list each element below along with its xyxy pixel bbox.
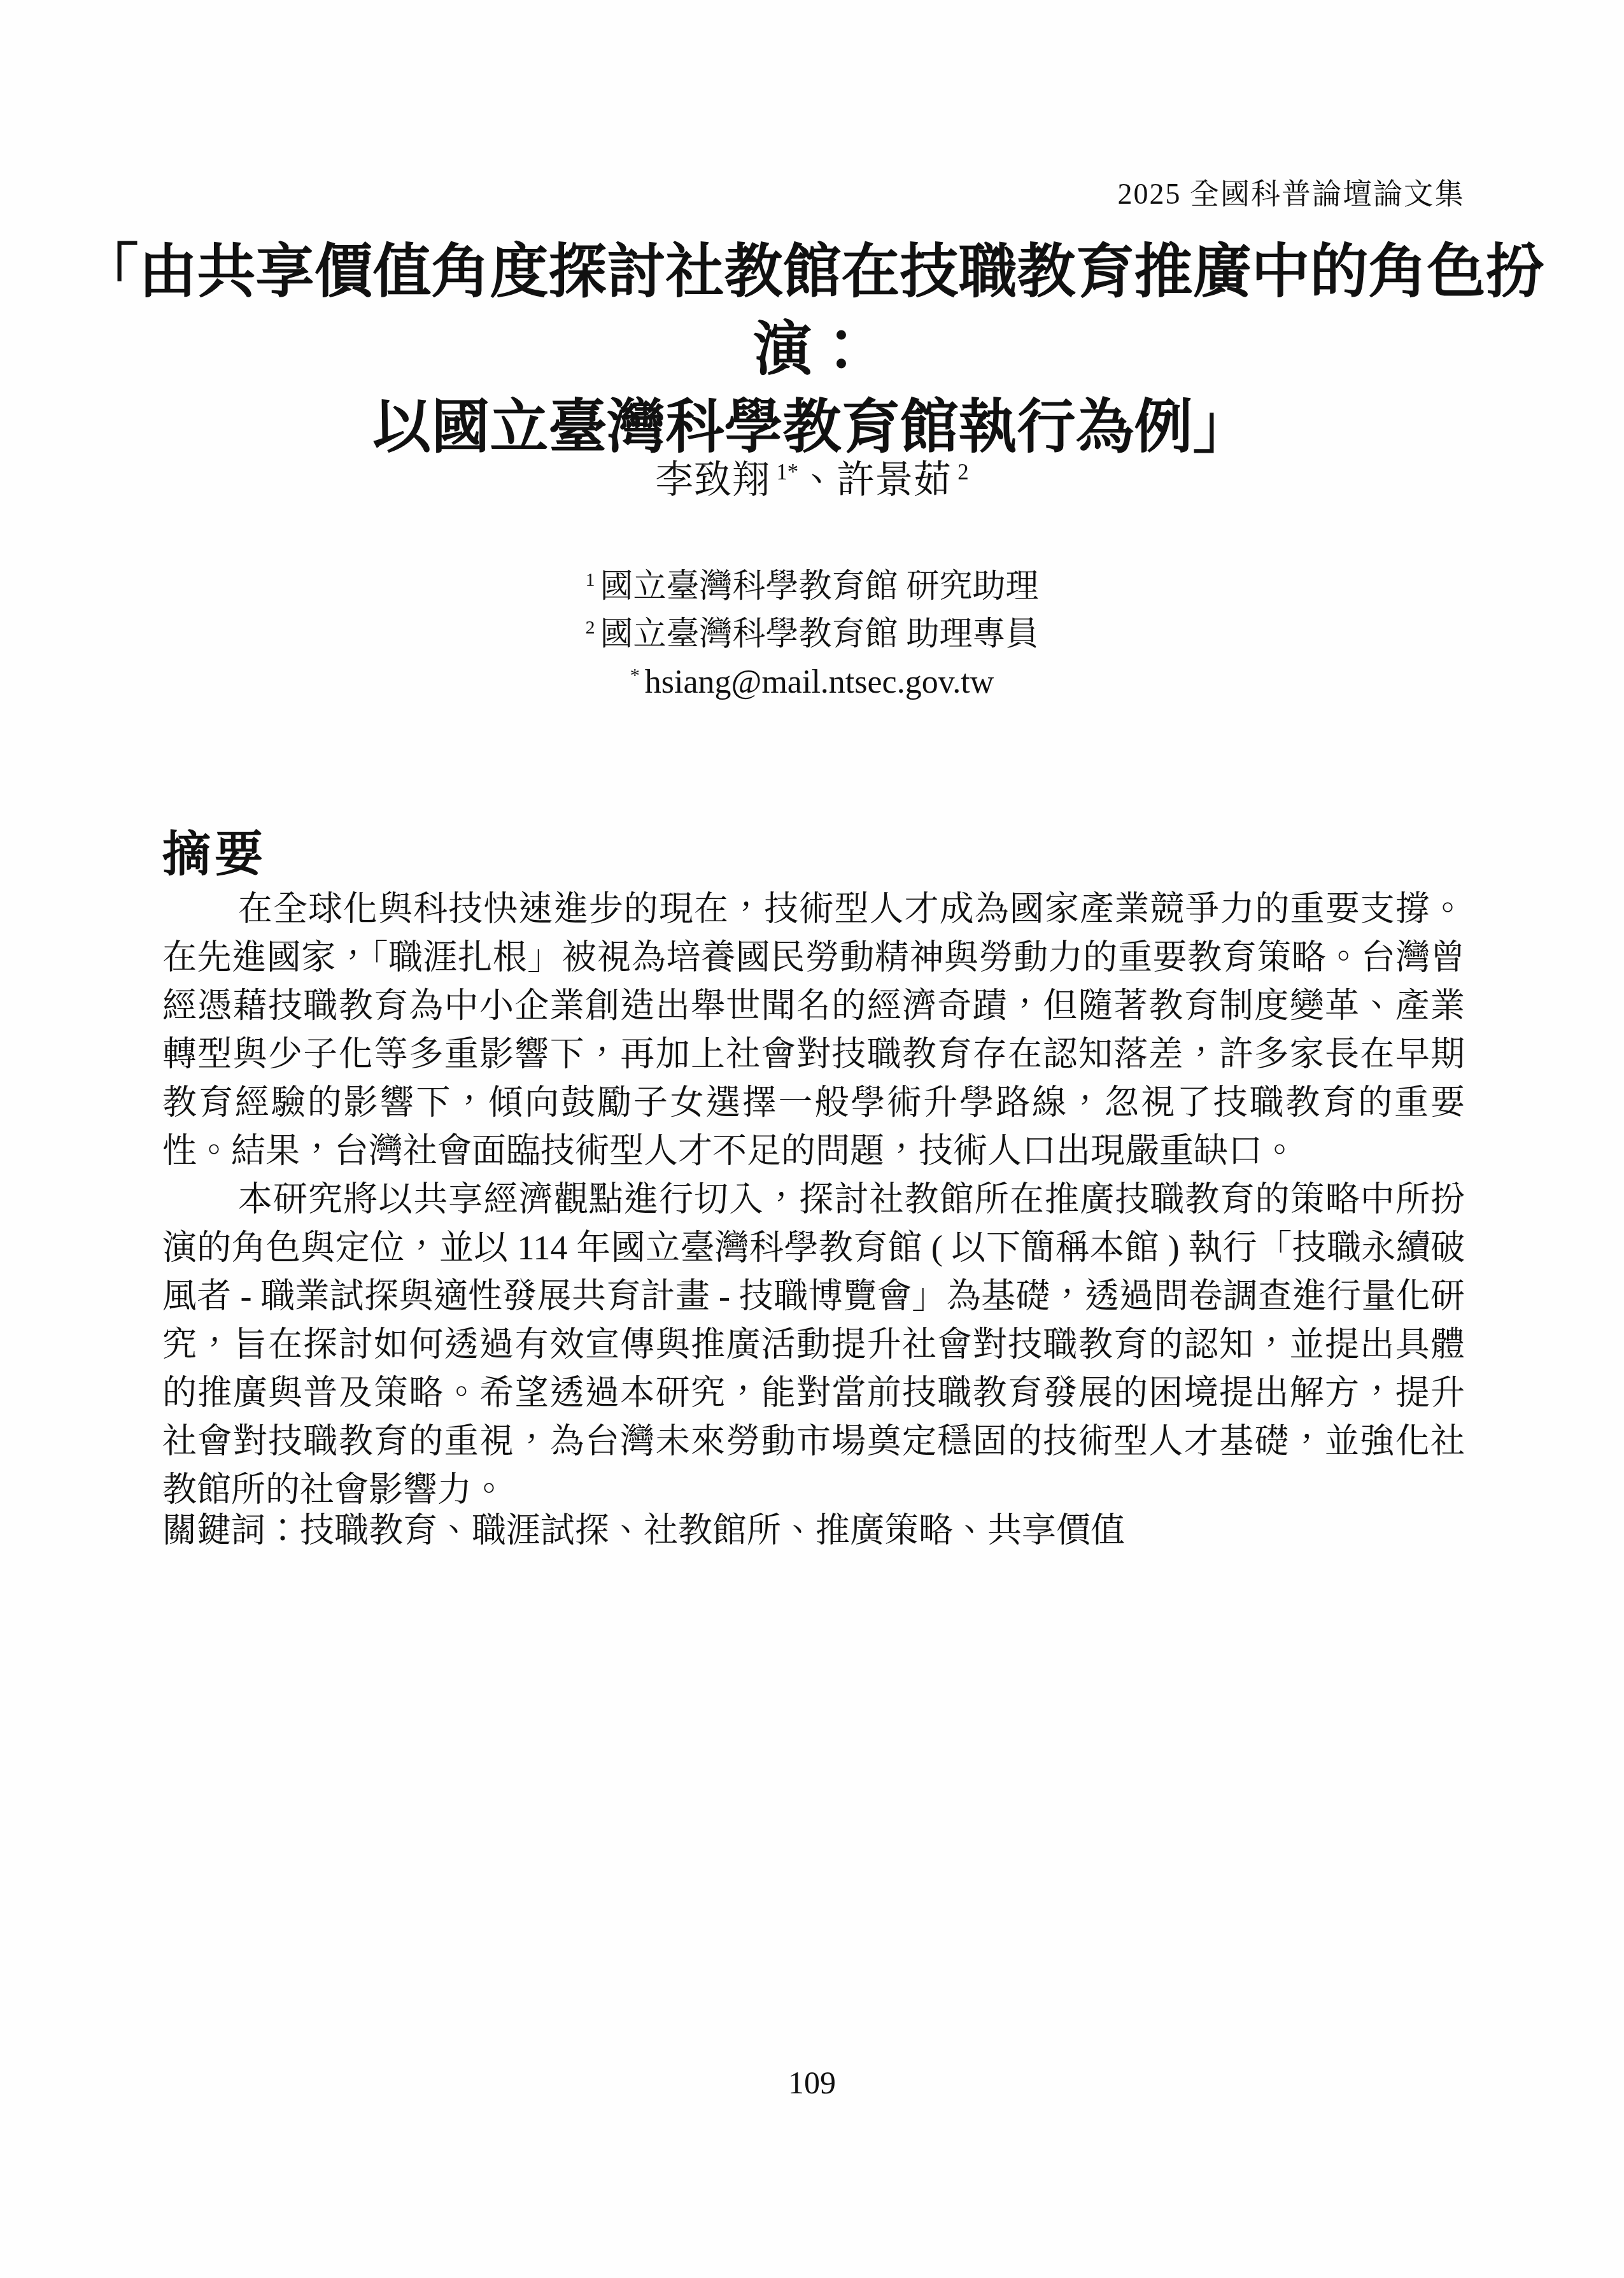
- affiliation-superscript: 1: [585, 569, 595, 590]
- abstract-heading: 摘要: [162, 816, 267, 885]
- keywords-line: 關鍵詞：技職教育、職涯試探、社教館所、推廣策略、共享價值: [162, 1506, 1465, 1555]
- author-line: 李致翔1*、許景茹2: [0, 449, 1624, 504]
- page-number: 109: [0, 2064, 1624, 2101]
- affiliation-text: 國立臺灣科學教育館 研究助理: [600, 569, 1039, 605]
- paper-page: 2025 全國科普論壇論文集 「由共享價值角度探討社教館在技職教育推廣中的角色扮…: [0, 0, 1624, 2278]
- paper-title-line1: 「由共享價值角度探討社教館在技職教育推廣中的角色扮演：: [76, 233, 1548, 388]
- abstract-paragraph-1: 在全球化與科技快速進步的現在，技術型人才成為國家產業競爭力的重要支撐。在先進國家…: [162, 885, 1465, 1175]
- author-separator: 、: [798, 459, 837, 501]
- affiliation-2: 2國立臺灣科學教育館 助理專員: [0, 611, 1624, 658]
- author-name: 李致翔: [655, 459, 770, 501]
- affiliation-text: 國立臺灣科學教育館 助理專員: [600, 616, 1039, 653]
- abstract-paragraph-2: 本研究將以共享經濟觀點進行切入，探討社教館所在推廣技職教育的策略中所扮演的角色與…: [162, 1175, 1465, 1514]
- author-superscript: 2: [957, 460, 968, 485]
- paper-title: 「由共享價值角度探討社教館在技職教育推廣中的角色扮演： 以國立臺灣科學教育館執行…: [76, 233, 1548, 466]
- author-name: 許景茹: [837, 459, 951, 501]
- email-asterisk-superscript: *: [630, 664, 640, 686]
- affiliation-superscript: 2: [585, 616, 595, 638]
- email-address: hsiang@mail.ntsec.gov.tw: [645, 664, 994, 700]
- proceedings-header: 2025 全國科普論壇論文集: [1118, 171, 1465, 213]
- affiliation-block: 1國立臺灣科學教育館 研究助理 2國立臺灣科學教育館 助理專員 *hsiang@…: [0, 563, 1624, 706]
- author-superscript: 1*: [776, 460, 798, 485]
- corresponding-email-line: *hsiang@mail.ntsec.gov.tw: [0, 658, 1624, 706]
- affiliation-1: 1國立臺灣科學教育館 研究助理: [0, 563, 1624, 611]
- abstract-body: 在全球化與科技快速進步的現在，技術型人才成為國家產業競爭力的重要支撐。在先進國家…: [162, 885, 1465, 1514]
